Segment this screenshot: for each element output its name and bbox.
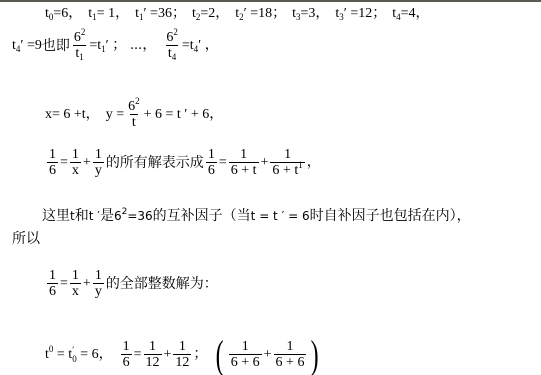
fraction-1-over-6-b: 16 (206, 147, 217, 179)
t3-term: t3=3， (292, 6, 329, 22)
fraction-1-over-6: 16 (121, 339, 132, 371)
fraction-6sq-over-t4: 62 t4 (164, 30, 180, 62)
y-equation-start: y = (106, 107, 124, 123)
t4-prime-term: t4′ =9 (12, 38, 42, 54)
equation-line-x-y: x= 6 +t， y = 62 t + 6 = t ′ + 6， (45, 99, 223, 131)
fraction-1-over-x: 1x (70, 147, 81, 179)
fraction-1-over-6-plus-t: 16 + t (229, 147, 259, 179)
t2-prime-term: t2′ =18； (235, 6, 286, 22)
equals-sign: = (219, 155, 227, 171)
t1-prime-term: t1′ =36； (135, 6, 186, 22)
condition-t-eq-6: t = t ′ = 6 (251, 208, 310, 224)
equation-line-t0-solution: t0 = t′0 = 6， 16 = 112 + 112 ； ( 16 + 6 … (45, 335, 322, 375)
text-yeji: 也即 (42, 38, 70, 54)
text-line-complementary-factors: 这里 t 和 t ′ 是 62=36 的互补因子（当 t = t ′ = 6 时… (42, 208, 471, 224)
right-paren: ) (311, 335, 319, 375)
equals-t1-prime: =t1′ ； ⋯， (89, 38, 156, 54)
equation-line-integer-solutions: 16 = 1x + 1y 的全部整数解为： (45, 268, 218, 300)
equals-sign: = (134, 347, 142, 363)
plus-sign: + (261, 155, 269, 171)
left-paren: ( (216, 335, 224, 375)
t4-term: t4=4， (392, 6, 429, 22)
text-integer-solutions: 的全部整数解为： (106, 276, 218, 292)
fraction-6sq-over-t1: 62 t1 (72, 30, 88, 62)
fraction-6sq-over-t: 62 t (126, 99, 142, 131)
plus-sign: + (264, 347, 272, 363)
text-shi: 是 (100, 208, 114, 224)
fraction-1-over-6-plus-t1: 16 + t1 (270, 147, 304, 179)
six-squared-36: 62=36 (114, 208, 153, 224)
fraction-1-over-y: 1y (93, 268, 104, 300)
text-complementary: 的互补因子（当 (153, 208, 251, 224)
x-equation: x= 6 +t， (45, 107, 100, 123)
plus-sign: + (83, 276, 91, 292)
text-self-complementary: 时自补因子也包括在内）， (310, 208, 471, 224)
text-zheli: 这里 (42, 208, 70, 224)
equals-sign: = (60, 155, 68, 171)
var-t-prime: t ′ (89, 208, 100, 224)
fraction-1-over-6-plus-6-b: 16 + 6 (274, 339, 307, 371)
equation-line-t4-prime: t4′ =9 也即 62 t1 =t1′ ； ⋯， 62 t4 =t4′ ， (12, 30, 219, 62)
t0-equals-6: t0 = t′0 = 6， (45, 346, 113, 364)
t2-term: t2=2， (192, 6, 229, 22)
t0-term: t0=6， (45, 6, 82, 22)
plus-sign: + (164, 347, 172, 363)
fraction-1-over-x: 1x (70, 268, 81, 300)
fraction-1-over-6: 16 (47, 147, 58, 179)
fraction-1-over-6: 16 (47, 268, 58, 300)
plus-sign: + (83, 155, 91, 171)
text-all-solutions: 的所有解表示成 (106, 155, 204, 171)
fraction-1-over-y: 1y (93, 147, 104, 179)
fraction-1-over-12: 112 (144, 339, 162, 371)
fraction-1-over-6-plus-6: 16 + 6 (229, 339, 262, 371)
text-suoyi: 所以 (12, 231, 40, 247)
text-he: 和 (75, 208, 89, 224)
equation-line-all-solutions: 16 = 1x + 1y 的所有解表示成 16 = 16 + t + 16 + … (45, 147, 321, 179)
equals-sign: = (60, 276, 68, 292)
y-equation-tail: + 6 = t ′ + 6， (144, 107, 224, 123)
semicolon: ； (193, 347, 207, 363)
equation-line-t-values: t0=6， t1= 1， t1′ =36； t2=2， t2′ =18； t3=… (45, 6, 430, 22)
t1-term: t1= 1， (88, 6, 129, 22)
equals-t4-prime: =t4′ ， (182, 38, 219, 54)
t3-prime-term: t3′ =12； (335, 6, 386, 22)
fraction-1-over-12-b: 112 (173, 339, 191, 371)
comma: ， (307, 155, 321, 171)
text-line-suoyi: 所以 (12, 231, 40, 247)
